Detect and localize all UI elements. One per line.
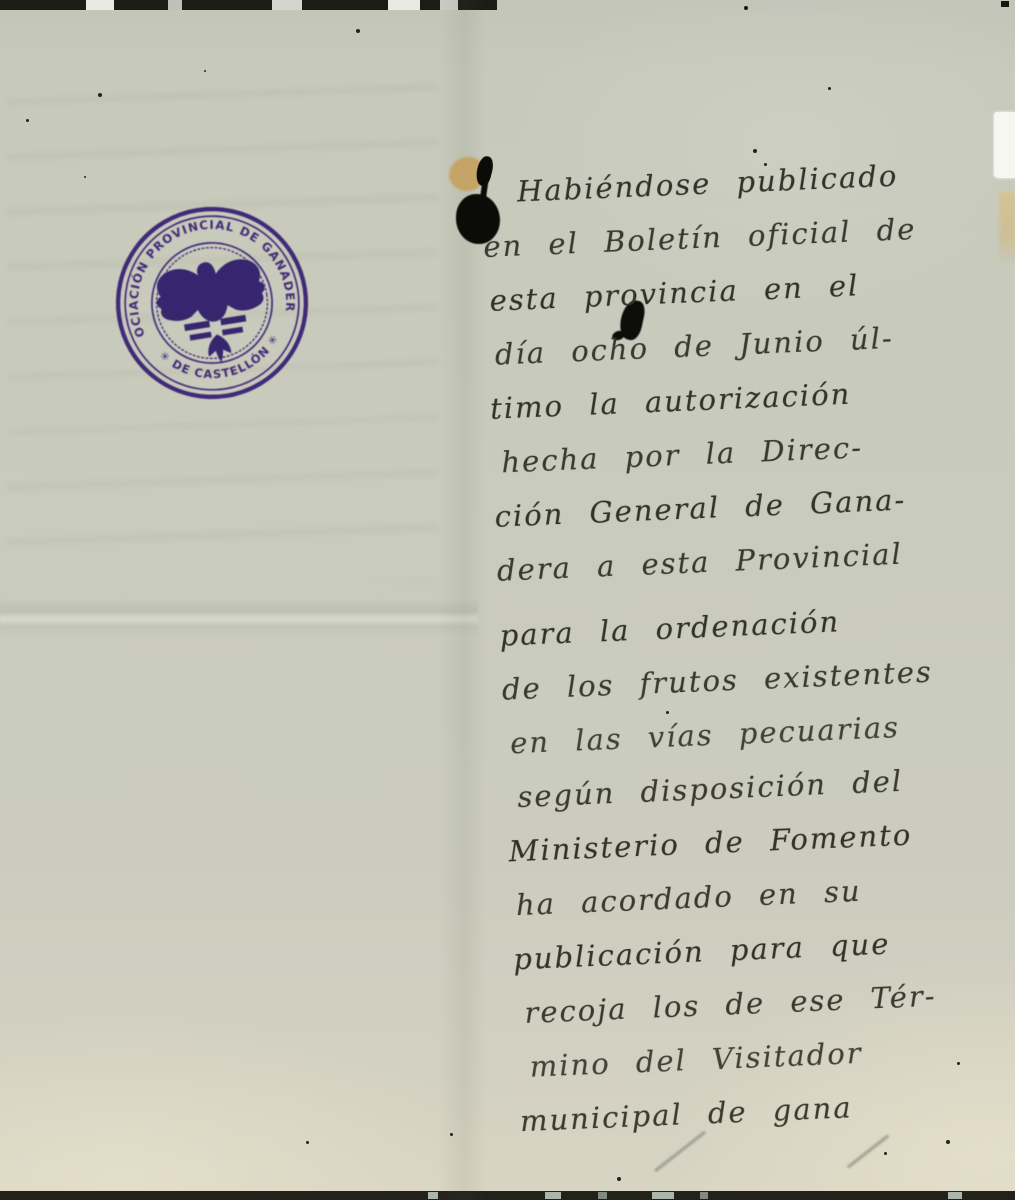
ink-speck [356,29,360,33]
ink-speck [753,149,757,153]
ink-speck [98,93,102,97]
ink-speck [306,1141,309,1144]
ink-speck [450,1133,453,1136]
edge-fleck [652,1192,674,1199]
ink-speck [204,70,206,72]
ink-speck [26,119,29,122]
handwritten-text-block: Habiéndose publicado en el Boletín ofici… [480,144,1015,1148]
edge-gap [168,0,182,10]
provincial-association-stamp: ASOCIACIÓN PROVINCIAL DE GANADEROS ✳ DE … [88,179,335,426]
ink-speck [828,87,831,90]
scanned-document-page: ASOCIACIÓN PROVINCIAL DE GANADEROS ✳ DE … [0,0,1015,1200]
scan-corner-mark [744,6,748,10]
ink-speck [84,176,86,178]
ink-speck [946,1140,950,1144]
edge-fleck [428,1192,438,1199]
edge-fleck [700,1192,708,1199]
pencil-mark [847,1134,890,1168]
scan-edge-bottom-artifact [0,1191,1015,1200]
edge-fleck [545,1192,561,1199]
fold-crease [0,598,478,636]
edge-gap [388,0,420,10]
edge-fleck [598,1192,607,1199]
scan-edge-top-artifact [0,0,497,10]
ink-speck [884,1152,887,1155]
edge-gap [272,0,302,10]
edge-gap [86,0,114,10]
stamp-graphic: ASOCIACIÓN PROVINCIAL DE GANADEROS ✳ DE … [88,179,335,426]
ink-speck [617,1177,621,1181]
edge-fleck [948,1192,962,1199]
scan-corner-mark [1001,1,1009,7]
